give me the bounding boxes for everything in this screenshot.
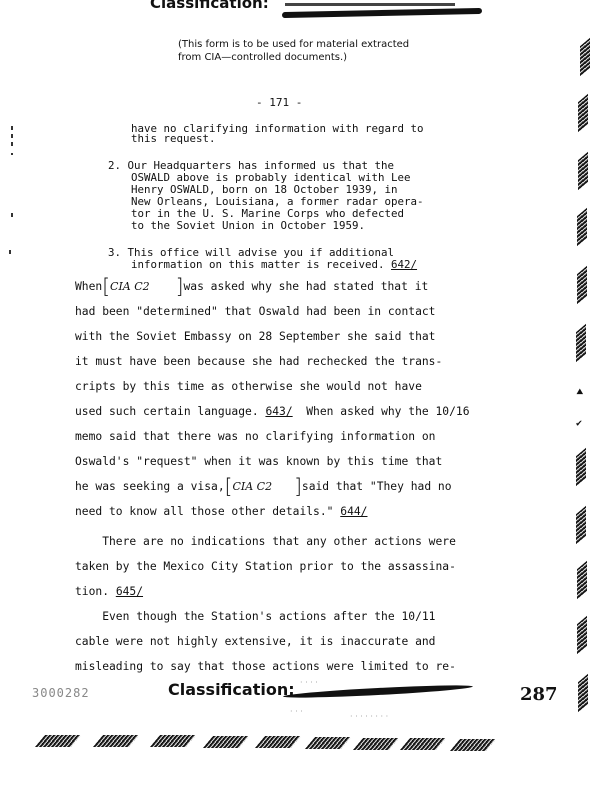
form-note-line-2: from CIA—controlled documents.) [178,51,409,64]
scan-stamp-icon [577,266,587,304]
body-text: used such certain language. [75,405,265,418]
body-line: Oswald's "request" when it was known by … [75,449,442,474]
scan-stamp-icon [450,739,496,751]
body-line: cripts by this time as otherwise she wou… [75,374,422,399]
body-text: tion. [75,585,116,598]
margin-mark [11,134,13,138]
scan-stamp-icon [305,737,351,749]
footnote-644: 644/ [340,505,367,518]
classification-redaction-stroke [282,8,482,18]
document-id: 3000282 [32,686,90,700]
body-line: had been "determined" that Oswald had be… [75,299,435,324]
scan-stamp-icon [576,506,586,544]
body-line: When[CIA C2]was asked why she had stated… [75,274,428,299]
footer-page-number: 287 [520,684,558,705]
body-text: he was seeking a visa, [75,480,225,493]
form-usage-note: (This form is to be used for material ex… [178,38,409,64]
body-line: There are no indications that any other … [75,529,456,554]
scan-stamp-icon [576,448,586,486]
classification-redaction-bar [285,3,455,6]
body-line: Even though the Station's actions after … [75,604,435,629]
scan-stamp-icon [577,208,587,246]
body-line: it must have been because she had rechec… [75,349,442,374]
classification-footer: Classification: [168,680,295,699]
redaction-cia-c2: CIA C2 [110,280,150,293]
scan-stamp-icon [93,735,139,747]
margin-mark [11,126,13,130]
footnote-643: 643/ [265,405,292,418]
margin-mark [11,142,13,146]
body-line: memo said that there was no clarifying i… [75,424,435,449]
redaction-cia-c2: CIA C2 [232,480,272,493]
body-text: When [75,280,102,293]
page-number-label: - 171 - [256,96,302,109]
classification-header: Classification: [150,0,269,12]
body-text: need to know all those other details." [75,505,340,518]
redaction-bracket-close: ] [294,480,302,492]
body-text: When asked why the 10/16 [293,405,470,418]
footnote-645: 645/ [116,585,143,598]
margin-mark [9,250,11,254]
scan-stamp-icon [577,561,587,599]
quoted-cable-text: information on this matter is received. [131,258,385,271]
footnote-642: 642/ [391,258,417,271]
quoted-cable-line: information on this matter is received. … [131,259,417,272]
quoted-cable-line: to the Soviet Union in October 1959. [131,220,365,233]
body-line: cable were not highly extensive, it is i… [75,629,435,654]
body-line: he was seeking a visa,[CIA C2]said that … [75,474,452,499]
margin-mark [11,153,13,155]
body-line: taken by the Mexico City Station prior t… [75,554,456,579]
scan-stamp-icon: ✔ [576,418,582,429]
faint-stamp-text: · · · · · · · · [350,712,388,721]
faint-stamp-text: · · · [290,707,303,716]
scan-stamp-icon [400,738,446,750]
scan-stamp-icon [203,736,249,748]
scan-stamp-icon [353,738,399,750]
scan-stamp-icon [35,735,81,747]
scan-stamp-icon [576,324,586,362]
body-text: said that "They had no [302,480,452,493]
body-line: tion. 645/ [75,579,143,604]
margin-mark [11,213,13,217]
scan-stamp-icon [578,152,588,190]
scan-stamp-icon [580,38,590,76]
body-line: misleading to say that those actions wer… [75,654,456,679]
body-text: was asked why she had stated that it [183,280,428,293]
body-line: with the Soviet Embassy on 28 September … [75,324,435,349]
redaction-bracket-open: [ [102,280,110,292]
faint-stamp-text: · · · · [300,678,318,687]
scan-stamp-icon: ⯅ [575,385,585,400]
scan-stamp-icon [578,674,588,712]
scan-stamp-icon [150,735,196,747]
scan-stamp-icon [577,616,587,654]
form-note-line-1: (This form is to be used for material ex… [178,38,409,51]
scan-stamp-icon [578,94,588,132]
scan-stamp-icon [255,736,301,748]
body-line: need to know all those other details." 6… [75,499,367,524]
body-line: used such certain language. 643/ When as… [75,399,470,424]
quoted-cable-line: this request. [131,133,216,146]
